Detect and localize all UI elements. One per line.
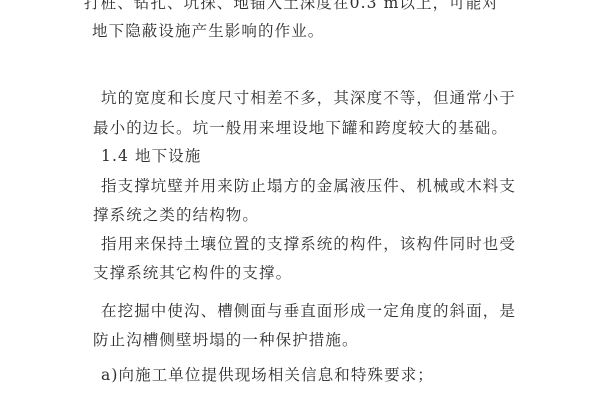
paragraph-shoring-line-2: 撑系统之类的结构物。 <box>93 206 259 224</box>
paragraph-slope-line-1: 在挖掘中使沟、槽侧面与垂直面形成一定角度的斜面，是 <box>101 302 516 320</box>
paragraph-pit-definition-line-1: 坑的宽度和长度尺寸相差不多，其深度不等，但通常小于 <box>101 89 516 107</box>
text-line-cut-top: 打桩、钻孔、坑探、地锚入土深度在0.3 m以上，可能对 <box>84 0 499 12</box>
document-page: 打桩、钻孔、坑探、地锚入土深度在0.3 m以上，可能对 地下隐蔽设施产生影响的作… <box>0 0 600 400</box>
paragraph-pit-definition-line-2: 最小的边长。坑一般用来埋设地下罐和跨度较大的基础。 <box>93 119 508 137</box>
paragraph-member-line-2: 支撑系统其它构件的支撑。 <box>93 264 292 282</box>
list-item-a: a)向施工单位提供现场相关信息和特殊要求； <box>101 366 434 384</box>
text-line: 地下隐蔽设施产生影响的作业。 <box>92 22 324 40</box>
paragraph-slope-line-2: 防止沟槽侧壁坍塌的一种保护措施。 <box>93 331 359 349</box>
paragraph-shoring-line-1: 指支撑坑壁并用来防止塌方的金属液压件、机械或木料支 <box>101 177 516 195</box>
paragraph-member-line-1: 指用来保持土壤位置的支撑系统的构件，该构件同时也受 <box>101 235 516 253</box>
section-heading: 1.4 地下设施 <box>101 147 201 165</box>
